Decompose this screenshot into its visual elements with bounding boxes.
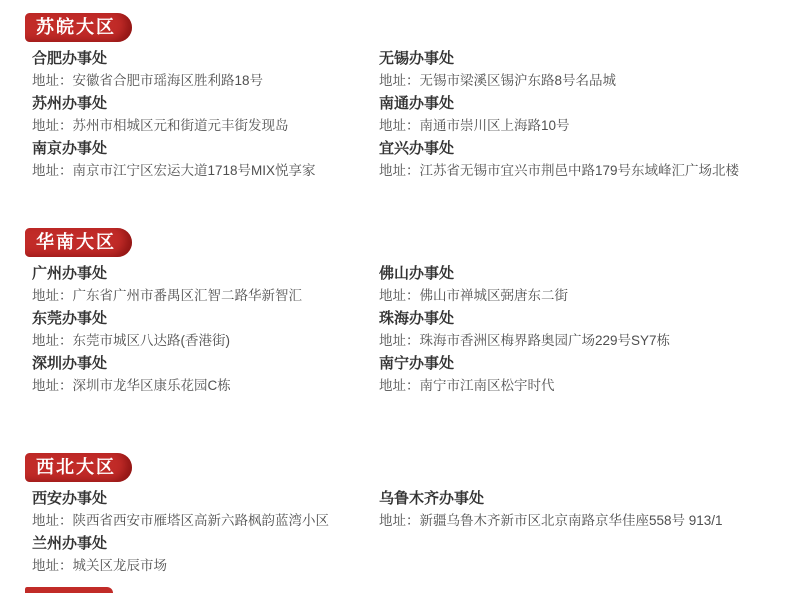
office-entry-nanjing: 南京办事处 地址：南京市江宁区宏运大道1718号MIX悦享家 bbox=[32, 139, 379, 179]
address-value: 东莞市城区八达路(香港街) bbox=[73, 333, 231, 348]
office-address: 地址：南宁市江南区松宇时代 bbox=[379, 377, 787, 394]
office-address: 地址：南通市崇川区上海路10号 bbox=[379, 117, 787, 134]
office-entry-nanning: 南宁办事处 地址：南宁市江南区松宇时代 bbox=[379, 354, 787, 394]
address-label: 地址： bbox=[379, 73, 420, 88]
address-label: 地址： bbox=[32, 558, 73, 573]
address-value: 广东省广州市番禺区汇智二路华新智汇 bbox=[73, 288, 303, 303]
office-entry-nantong: 南通办事处 地址：南通市崇川区上海路10号 bbox=[379, 94, 787, 134]
address-value: 陕西省西安市雁塔区高新六路枫韵蓝湾小区 bbox=[73, 513, 330, 528]
office-address: 地址：城关区龙辰市场 bbox=[32, 557, 379, 574]
office-name: 西安办事处 bbox=[32, 489, 379, 508]
region-badge-suwan: 苏皖大区 bbox=[25, 13, 132, 42]
office-entry-suzhou: 苏州办事处 地址：苏州市相城区元和街道元丰街发现岛 bbox=[32, 94, 379, 134]
office-entry-lanzhou: 兰州办事处 地址：城关区龙辰市场 bbox=[32, 534, 379, 574]
office-entry-wulumuqi: 乌鲁木齐办事处 地址：新疆乌鲁木齐新市区北京南路京华佳座558号 913/1 bbox=[379, 489, 787, 529]
office-grid: 西安办事处 地址：陕西省西安市雁塔区高新六路枫韵蓝湾小区 乌鲁木齐办事处 地址：… bbox=[25, 489, 787, 579]
address-label: 地址： bbox=[379, 163, 420, 178]
office-name: 东莞办事处 bbox=[32, 309, 379, 328]
office-grid: 广州办事处 地址：广东省广州市番禺区汇智二路华新智汇 佛山办事处 地址：佛山市禅… bbox=[25, 264, 787, 399]
office-entry-hefei: 合肥办事处 地址：安徽省合肥市瑶海区胜利路18号 bbox=[32, 49, 379, 89]
office-name: 深圳办事处 bbox=[32, 354, 379, 373]
address-label: 地址： bbox=[379, 288, 420, 303]
office-address: 地址：南京市江宁区宏运大道1718号MIX悦享家 bbox=[32, 162, 379, 179]
office-name: 苏州办事处 bbox=[32, 94, 379, 113]
address-value: 南宁市江南区松宇时代 bbox=[420, 378, 555, 393]
address-label: 地址： bbox=[379, 378, 420, 393]
next-section-badge-partial bbox=[25, 587, 113, 593]
office-entry-zhuhai: 珠海办事处 地址：珠海市香洲区梅界路奥园广场229号SY7栋 bbox=[379, 309, 787, 349]
region-badge-huanan: 华南大区 bbox=[25, 228, 132, 257]
office-name: 兰州办事处 bbox=[32, 534, 379, 553]
region-title: 西北大区 bbox=[36, 457, 116, 477]
office-name: 广州办事处 bbox=[32, 264, 379, 283]
office-entry-shenzhen: 深圳办事处 地址：深圳市龙华区康乐花园C栋 bbox=[32, 354, 379, 394]
office-name: 宜兴办事处 bbox=[379, 139, 787, 158]
office-entry-xian: 西安办事处 地址：陕西省西安市雁塔区高新六路枫韵蓝湾小区 bbox=[32, 489, 379, 529]
address-value: 深圳市龙华区康乐花园C栋 bbox=[73, 378, 231, 393]
office-address: 地址：佛山市禅城区弼唐东二街 bbox=[379, 287, 787, 304]
address-value: 新疆乌鲁木齐新市区北京南路京华佳座558号 913/1 bbox=[420, 513, 723, 528]
address-value: 珠海市香洲区梅界路奥园广场229号SY7栋 bbox=[420, 333, 671, 348]
address-value: 无锡市梁溪区锡沪东路8号名品城 bbox=[420, 73, 617, 88]
region-badge-xibei: 西北大区 bbox=[25, 453, 132, 482]
address-label: 地址： bbox=[32, 288, 73, 303]
address-label: 地址： bbox=[32, 118, 73, 133]
address-value: 江苏省无锡市宜兴市荆邑中路179号东域峰汇广场北楼 bbox=[420, 163, 740, 178]
address-label: 地址： bbox=[32, 513, 73, 528]
office-address: 地址：无锡市梁溪区锡沪东路8号名品城 bbox=[379, 72, 787, 89]
office-grid: 合肥办事处 地址：安徽省合肥市瑶海区胜利路18号 无锡办事处 地址：无锡市梁溪区… bbox=[25, 49, 787, 184]
office-address: 地址：珠海市香洲区梅界路奥园广场229号SY7栋 bbox=[379, 332, 787, 349]
region-section-huanan: 华南大区 广州办事处 地址：广东省广州市番禺区汇智二路华新智汇 佛山办事处 地址… bbox=[25, 228, 787, 399]
region-section-suwan: 苏皖大区 合肥办事处 地址：安徽省合肥市瑶海区胜利路18号 无锡办事处 地址：无… bbox=[25, 13, 787, 184]
office-address: 地址：陕西省西安市雁塔区高新六路枫韵蓝湾小区 bbox=[32, 512, 379, 529]
office-entry-dongguan: 东莞办事处 地址：东莞市城区八达路(香港街) bbox=[32, 309, 379, 349]
office-entry-wuxi: 无锡办事处 地址：无锡市梁溪区锡沪东路8号名品城 bbox=[379, 49, 787, 89]
office-name: 南京办事处 bbox=[32, 139, 379, 158]
office-address: 地址：江苏省无锡市宜兴市荆邑中路179号东域峰汇广场北楼 bbox=[379, 162, 787, 179]
office-address: 地址：苏州市相城区元和街道元丰街发现岛 bbox=[32, 117, 379, 134]
address-label: 地址： bbox=[379, 118, 420, 133]
office-entry-yixing: 宜兴办事处 地址：江苏省无锡市宜兴市荆邑中路179号东域峰汇广场北楼 bbox=[379, 139, 787, 179]
address-value: 南通市崇川区上海路10号 bbox=[420, 118, 570, 133]
office-address: 地址：安徽省合肥市瑶海区胜利路18号 bbox=[32, 72, 379, 89]
address-value: 南京市江宁区宏运大道1718号MIX悦享家 bbox=[73, 163, 316, 178]
address-label: 地址： bbox=[379, 333, 420, 348]
address-value: 城关区龙辰市场 bbox=[73, 558, 168, 573]
office-name: 南宁办事处 bbox=[379, 354, 787, 373]
office-name: 南通办事处 bbox=[379, 94, 787, 113]
address-label: 地址： bbox=[32, 73, 73, 88]
address-label: 地址： bbox=[32, 333, 73, 348]
address-label: 地址： bbox=[379, 513, 420, 528]
address-value: 安徽省合肥市瑶海区胜利路18号 bbox=[73, 73, 264, 88]
office-entry-guangzhou: 广州办事处 地址：广东省广州市番禺区汇智二路华新智汇 bbox=[32, 264, 379, 304]
address-value: 苏州市相城区元和街道元丰街发现岛 bbox=[73, 118, 289, 133]
address-value: 佛山市禅城区弼唐东二街 bbox=[420, 288, 569, 303]
office-entry-foshan: 佛山办事处 地址：佛山市禅城区弼唐东二街 bbox=[379, 264, 787, 304]
office-address: 地址：广东省广州市番禺区汇智二路华新智汇 bbox=[32, 287, 379, 304]
region-section-xibei: 西北大区 西安办事处 地址：陕西省西安市雁塔区高新六路枫韵蓝湾小区 乌鲁木齐办事… bbox=[25, 453, 787, 579]
region-title: 华南大区 bbox=[36, 232, 116, 252]
region-title: 苏皖大区 bbox=[36, 17, 116, 37]
office-address: 地址：东莞市城区八达路(香港街) bbox=[32, 332, 379, 349]
office-address: 地址：新疆乌鲁木齐新市区北京南路京华佳座558号 913/1 bbox=[379, 512, 787, 529]
office-name: 珠海办事处 bbox=[379, 309, 787, 328]
address-label: 地址： bbox=[32, 163, 73, 178]
office-name: 无锡办事处 bbox=[379, 49, 787, 68]
offices-directory-page: 苏皖大区 合肥办事处 地址：安徽省合肥市瑶海区胜利路18号 无锡办事处 地址：无… bbox=[0, 0, 793, 593]
office-address: 地址：深圳市龙华区康乐花园C栋 bbox=[32, 377, 379, 394]
office-name: 佛山办事处 bbox=[379, 264, 787, 283]
address-label: 地址： bbox=[32, 378, 73, 393]
office-name: 乌鲁木齐办事处 bbox=[379, 489, 787, 508]
office-name: 合肥办事处 bbox=[32, 49, 379, 68]
